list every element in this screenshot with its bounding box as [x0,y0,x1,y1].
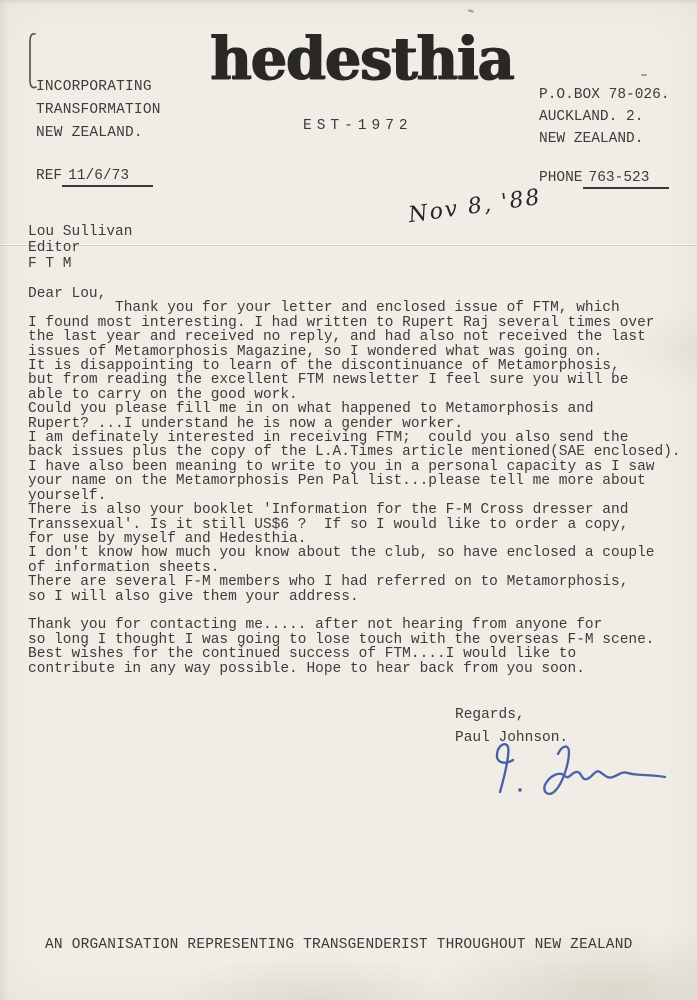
phone-label: PHONE [539,170,583,186]
org-logo-text: hedesthia [210,29,478,88]
ref-value: 11/6/73 [62,168,153,187]
phone-line: PHONE763-523 [539,170,669,186]
ref-label: REF [36,168,62,184]
incorporating-block: INCORPORATING TRANSFORMATION NEW ZEALAND… [36,76,161,145]
signature-handwriting: P. Johnson [462,738,672,806]
letter-page: hedesthia EST-1972 INCORPORATING TRANSFO… [0,0,697,1000]
handwritten-date: Nov 8, '88 [407,185,543,228]
paper-speck [468,9,474,13]
letter-body: Dear Lou, Thank you for your letter and … [28,287,681,676]
paper-speck [641,74,647,76]
phone-value: 763-523 [583,170,670,189]
footer-slogan: AN ORGANISATION REPRESENTING TRANSGENDER… [45,937,633,953]
established-line: EST-1972 [303,118,413,134]
ref-line: REF11/6/73 [36,168,153,184]
address-block: P.O.BOX 78-026. AUCKLAND. 2. NEW ZEALAND… [539,84,670,150]
recipient-block: Lou Sullivan Editor F T M [28,224,132,272]
